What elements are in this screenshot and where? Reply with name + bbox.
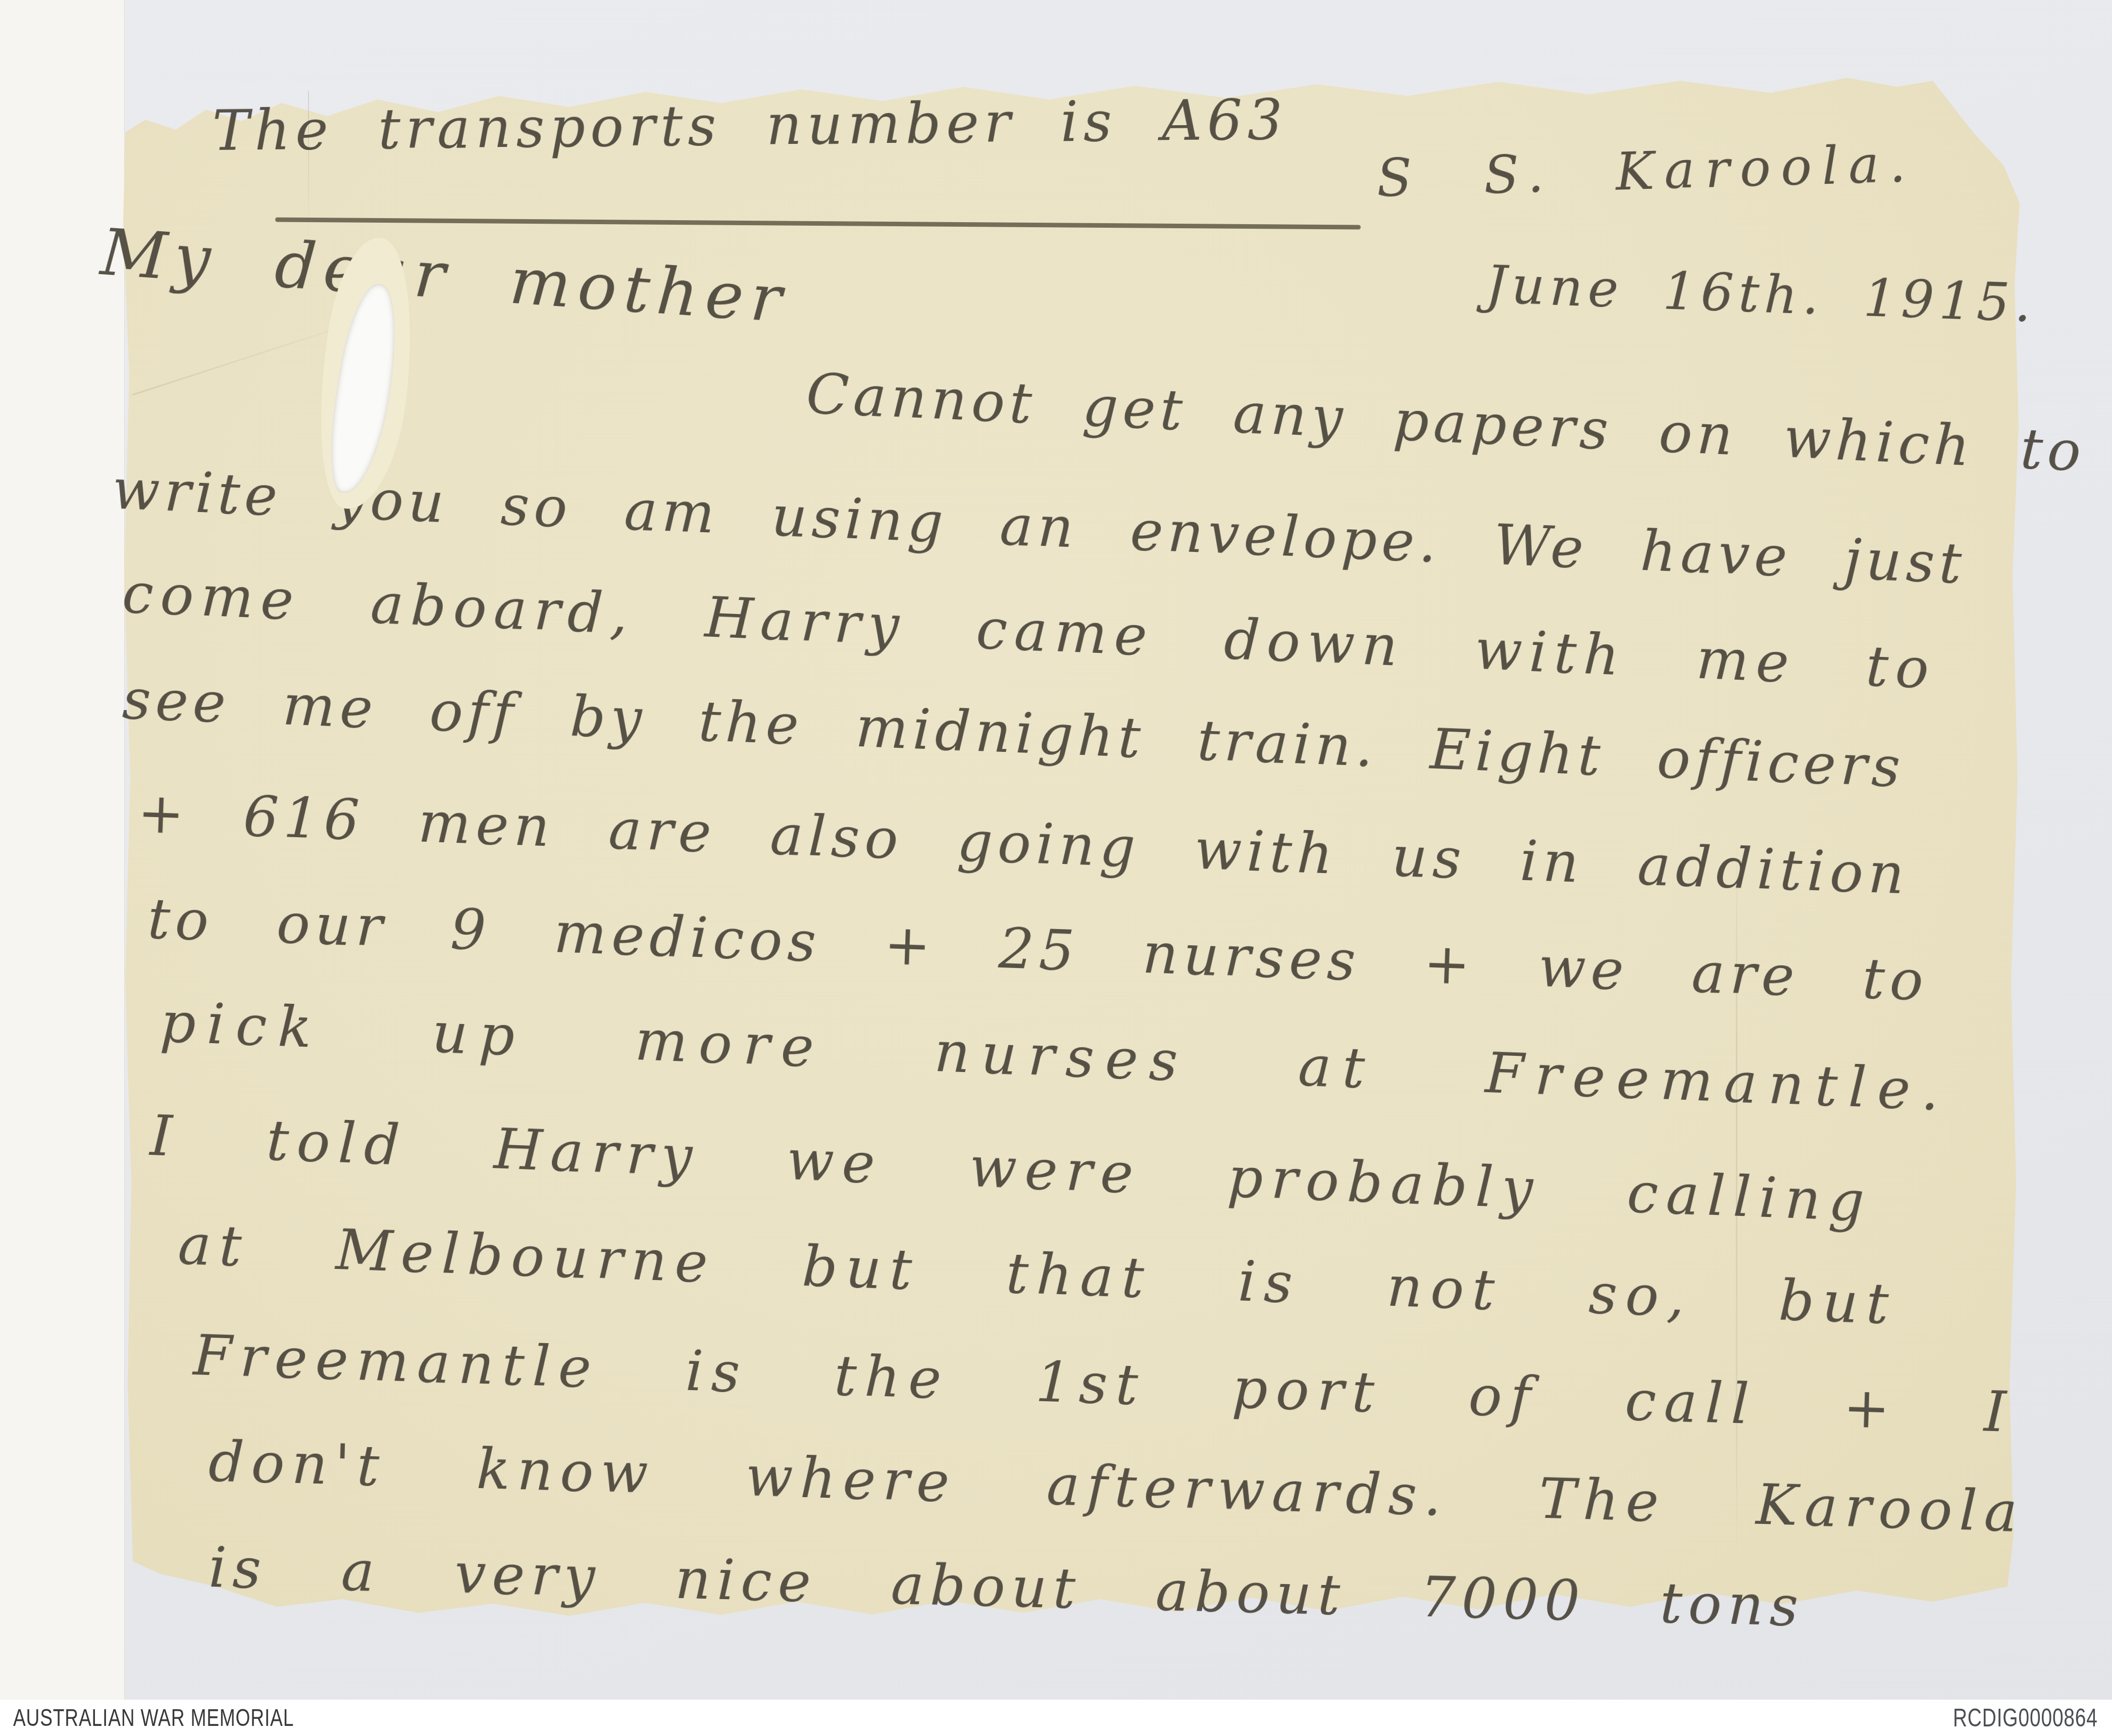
letter-heading: The transports number is A63 (212, 87, 1288, 163)
footer-institution-label: AUSTRALIAN WAR MEMORIAL (13, 1704, 294, 1732)
footer-bar: AUSTRALIAN WAR MEMORIAL RCDIG0000864 (0, 1700, 2112, 1736)
scan-viewer: { "page": { "background_color": "#e8e9ed… (0, 0, 2112, 1736)
footer-record-id: RCDIG0000864 (1953, 1703, 2098, 1732)
